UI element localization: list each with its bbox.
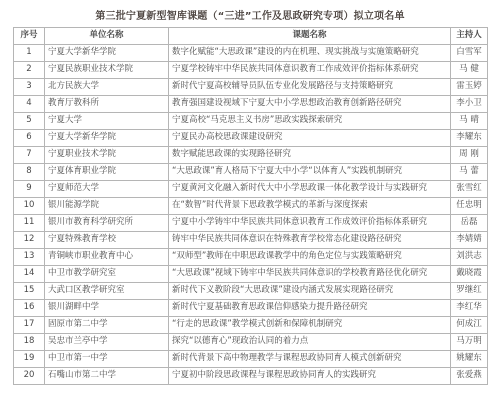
table-row: 5宁夏大学宁夏高校“马克思主义书房”思政实践探索研究马 晴: [14, 113, 488, 130]
unit-name-cell: 宁夏师范大学: [45, 181, 169, 198]
leader-name-cell: 李红华: [451, 300, 488, 317]
table-row: 3北方民族大学新时代宁夏高校辅导员队伍专业化发展路径与支持策略研究雷玉婷: [14, 79, 488, 96]
document-page: 第三批宁夏新型智库课题（“三进”工作及思政研究专项）拟立项名单 序号 单位名称 …: [0, 0, 500, 400]
leader-name-cell: 刘洪志: [451, 249, 488, 266]
row-number-cell: 13: [14, 249, 45, 266]
topic-name-cell: “大思政课”视域下铸牢中华民族共同体意识的学校教育路径优化研究: [169, 266, 451, 283]
table-row: 2宁夏民族职业技术学院宁夏学校铸牢中华民族共同体意识教育工作成效评价指标体系研究…: [14, 62, 488, 79]
column-header-unit: 单位名称: [45, 28, 169, 45]
table-row: 17固原市第二中学“行走的思政课”教学模式创新和保障机制研究何成江: [14, 317, 488, 334]
topic-name-cell: 宁夏高校“马克思主义书房”思政实践探索研究: [169, 113, 451, 130]
table-header-row: 序号 单位名称 课题名称 主持人: [14, 28, 488, 45]
unit-name-cell: 宁夏民族职业技术学院: [45, 62, 169, 79]
unit-name-cell: 石嘴山市第二中学: [45, 368, 169, 385]
leader-name-cell: 任忠明: [451, 198, 488, 215]
row-number-cell: 18: [14, 334, 45, 351]
table-row: 13青铜峡市职业教育中心“双师型”教师在中职思政课教学中的角色定位与实践策略研究…: [14, 249, 488, 266]
table-row: 1宁夏大学新华学院数字化赋能“大思政课”建设的内在机理、现实挑战与实施策略研究白…: [14, 45, 488, 62]
unit-name-cell: 大武口区教学研究室: [45, 283, 169, 300]
topic-name-cell: 探究“以德育心”现政治认同的着力点: [169, 334, 451, 351]
table-row: 19中卫市第一中学新时代背景下高中物理教学与课程思政协同育人模式创新研究姚耀东: [14, 351, 488, 368]
row-number-cell: 14: [14, 266, 45, 283]
leader-name-cell: 马 蕾: [451, 164, 488, 181]
unit-name-cell: 吴忠市兰亭中学: [45, 334, 169, 351]
row-number-cell: 16: [14, 300, 45, 317]
topic-name-cell: 宁夏黄河文化融入新时代大中小学思政课一体化教学设计与实践研究: [169, 181, 451, 198]
table-row: 6宁夏大学新华学院宁夏民办高校思政课建设研究李耀东: [14, 130, 488, 147]
row-number-cell: 15: [14, 283, 45, 300]
row-number-cell: 20: [14, 368, 45, 385]
table-row: 7宁夏职业技术学院数字赋能思政课的实现路径研究周 刚: [14, 147, 488, 164]
table-row: 20石嘴山市第二中学宁夏初中阶段思政课程与课程思政协同育人的实践研究张爱燕: [14, 368, 488, 385]
table-row: 4教育厅教科所教育强国建设视域下宁夏大中小学思想政治教育创新路径研究李小卫: [14, 96, 488, 113]
leader-name-cell: 李耀东: [451, 130, 488, 147]
leader-name-cell: 何成江: [451, 317, 488, 334]
table-row: 18吴忠市兰亭中学探究“以德育心”现政治认同的着力点马万明: [14, 334, 488, 351]
unit-name-cell: 固原市第二中学: [45, 317, 169, 334]
topic-name-cell: 新时代背景下高中物理教学与课程思政协同育人模式创新研究: [169, 351, 451, 368]
row-number-cell: 12: [14, 232, 45, 249]
table-row: 15大武口区教学研究室新时代下义教阶段“大思政课”建设内涵式发展实现路径研究罗继…: [14, 283, 488, 300]
topic-name-cell: 新时代宁夏高校辅导员队伍专业化发展路径与支持策略研究: [169, 79, 451, 96]
unit-name-cell: 银川湖畔中学: [45, 300, 169, 317]
unit-name-cell: 宁夏大学: [45, 113, 169, 130]
leader-name-cell: 马 健: [451, 62, 488, 79]
leader-name-cell: 戴晓霞: [451, 266, 488, 283]
leader-name-cell: 白雪军: [451, 45, 488, 62]
column-header-no: 序号: [14, 28, 45, 45]
topic-name-cell: 在“数智”时代背景下思政教学模式的革新与深度探索: [169, 198, 451, 215]
topic-name-cell: 数字化赋能“大思政课”建设的内在机理、现实挑战与实施策略研究: [169, 45, 451, 62]
unit-name-cell: 宁夏职业技术学院: [45, 147, 169, 164]
row-number-cell: 6: [14, 130, 45, 147]
row-number-cell: 1: [14, 45, 45, 62]
topic-name-cell: 铸牢中华民族共同体意识在特殊教育学校常态化建设路径研究: [169, 232, 451, 249]
table-row: 14中卫市教学研究室“大思政课”视域下铸牢中华民族共同体意识的学校教育路径优化研…: [14, 266, 488, 283]
row-number-cell: 10: [14, 198, 45, 215]
leader-name-cell: 周 刚: [451, 147, 488, 164]
table-row: 12宁夏特殊教育学校铸牢中华民族共同体意识在特殊教育学校常态化建设路径研究李婧婧: [14, 232, 488, 249]
unit-name-cell: 宁夏大学新华学院: [45, 45, 169, 62]
column-header-leader: 主持人: [451, 28, 488, 45]
unit-name-cell: 银川市教育科学研究所: [45, 215, 169, 232]
leader-name-cell: 马 晴: [451, 113, 488, 130]
leader-name-cell: 李小卫: [451, 96, 488, 113]
topic-name-cell: 新时代下义教阶段“大思政课”建设内涵式发展实现路径研究: [169, 283, 451, 300]
page-title: 第三批宁夏新型智库课题（“三进”工作及思政研究专项）拟立项名单: [0, 0, 500, 22]
table-row: 11银川市教育科学研究所宁夏中小学铸牢中华民族共同体意识教育工作成效评价指标体系…: [14, 215, 488, 232]
unit-name-cell: 北方民族大学: [45, 79, 169, 96]
topic-name-cell: 宁夏民办高校思政课建设研究: [169, 130, 451, 147]
row-number-cell: 5: [14, 113, 45, 130]
column-header-topic: 课题名称: [169, 28, 451, 45]
row-number-cell: 7: [14, 147, 45, 164]
leader-name-cell: 姚耀东: [451, 351, 488, 368]
unit-name-cell: 宁夏特殊教育学校: [45, 232, 169, 249]
topic-name-cell: “双师型”教师在中职思政课教学中的角色定位与实践策略研究: [169, 249, 451, 266]
leader-name-cell: 张爱燕: [451, 368, 488, 385]
leader-name-cell: 岳磊: [451, 215, 488, 232]
row-number-cell: 11: [14, 215, 45, 232]
row-number-cell: 8: [14, 164, 45, 181]
unit-name-cell: 教育厅教科所: [45, 96, 169, 113]
unit-name-cell: 宁夏体育职业学院: [45, 164, 169, 181]
leader-name-cell: 罗继红: [451, 283, 488, 300]
row-number-cell: 19: [14, 351, 45, 368]
unit-name-cell: 中卫市第一中学: [45, 351, 169, 368]
row-number-cell: 3: [14, 79, 45, 96]
topic-name-cell: 教育强国建设视域下宁夏大中小学思想政治教育创新路径研究: [169, 96, 451, 113]
topic-name-cell: “行走的思政课”教学模式创新和保障机制研究: [169, 317, 451, 334]
row-number-cell: 9: [14, 181, 45, 198]
topic-name-cell: 数字赋能思政课的实现路径研究: [169, 147, 451, 164]
table-row: 10银川能源学院在“数智”时代背景下思政教学模式的革新与深度探索任忠明: [14, 198, 488, 215]
table-row: 9宁夏师范大学宁夏黄河文化融入新时代大中小学思政课一体化教学设计与实践研究张雪红: [14, 181, 488, 198]
unit-name-cell: 中卫市教学研究室: [45, 266, 169, 283]
unit-name-cell: 银川能源学院: [45, 198, 169, 215]
row-number-cell: 2: [14, 62, 45, 79]
row-number-cell: 17: [14, 317, 45, 334]
topic-name-cell: “大思政课”育人格局下宁夏大中小学“以体育人”实践机制研究: [169, 164, 451, 181]
unit-name-cell: 青铜峡市职业教育中心: [45, 249, 169, 266]
topic-name-cell: 新时代宁夏基础教育思政课信仰感染力提升路径研究: [169, 300, 451, 317]
leader-name-cell: 马万明: [451, 334, 488, 351]
table-body: 1宁夏大学新华学院数字化赋能“大思政课”建设的内在机理、现实挑战与实施策略研究白…: [14, 45, 488, 385]
topic-name-cell: 宁夏中小学铸牢中华民族共同体意识教育工作成效评价指标体系研究: [169, 215, 451, 232]
table-row: 8宁夏体育职业学院“大思政课”育人格局下宁夏大中小学“以体育人”实践机制研究马 …: [14, 164, 488, 181]
table-row: 16银川湖畔中学新时代宁夏基础教育思政课信仰感染力提升路径研究李红华: [14, 300, 488, 317]
leader-name-cell: 李婧婧: [451, 232, 488, 249]
topic-name-cell: 宁夏学校铸牢中华民族共同体意识教育工作成效评价指标体系研究: [169, 62, 451, 79]
unit-name-cell: 宁夏大学新华学院: [45, 130, 169, 147]
leader-name-cell: 雷玉婷: [451, 79, 488, 96]
project-list-table: 序号 单位名称 课题名称 主持人 1宁夏大学新华学院数字化赋能“大思政课”建设的…: [13, 27, 488, 385]
topic-name-cell: 宁夏初中阶段思政课程与课程思政协同育人的实践研究: [169, 368, 451, 385]
leader-name-cell: 张雪红: [451, 181, 488, 198]
row-number-cell: 4: [14, 96, 45, 113]
